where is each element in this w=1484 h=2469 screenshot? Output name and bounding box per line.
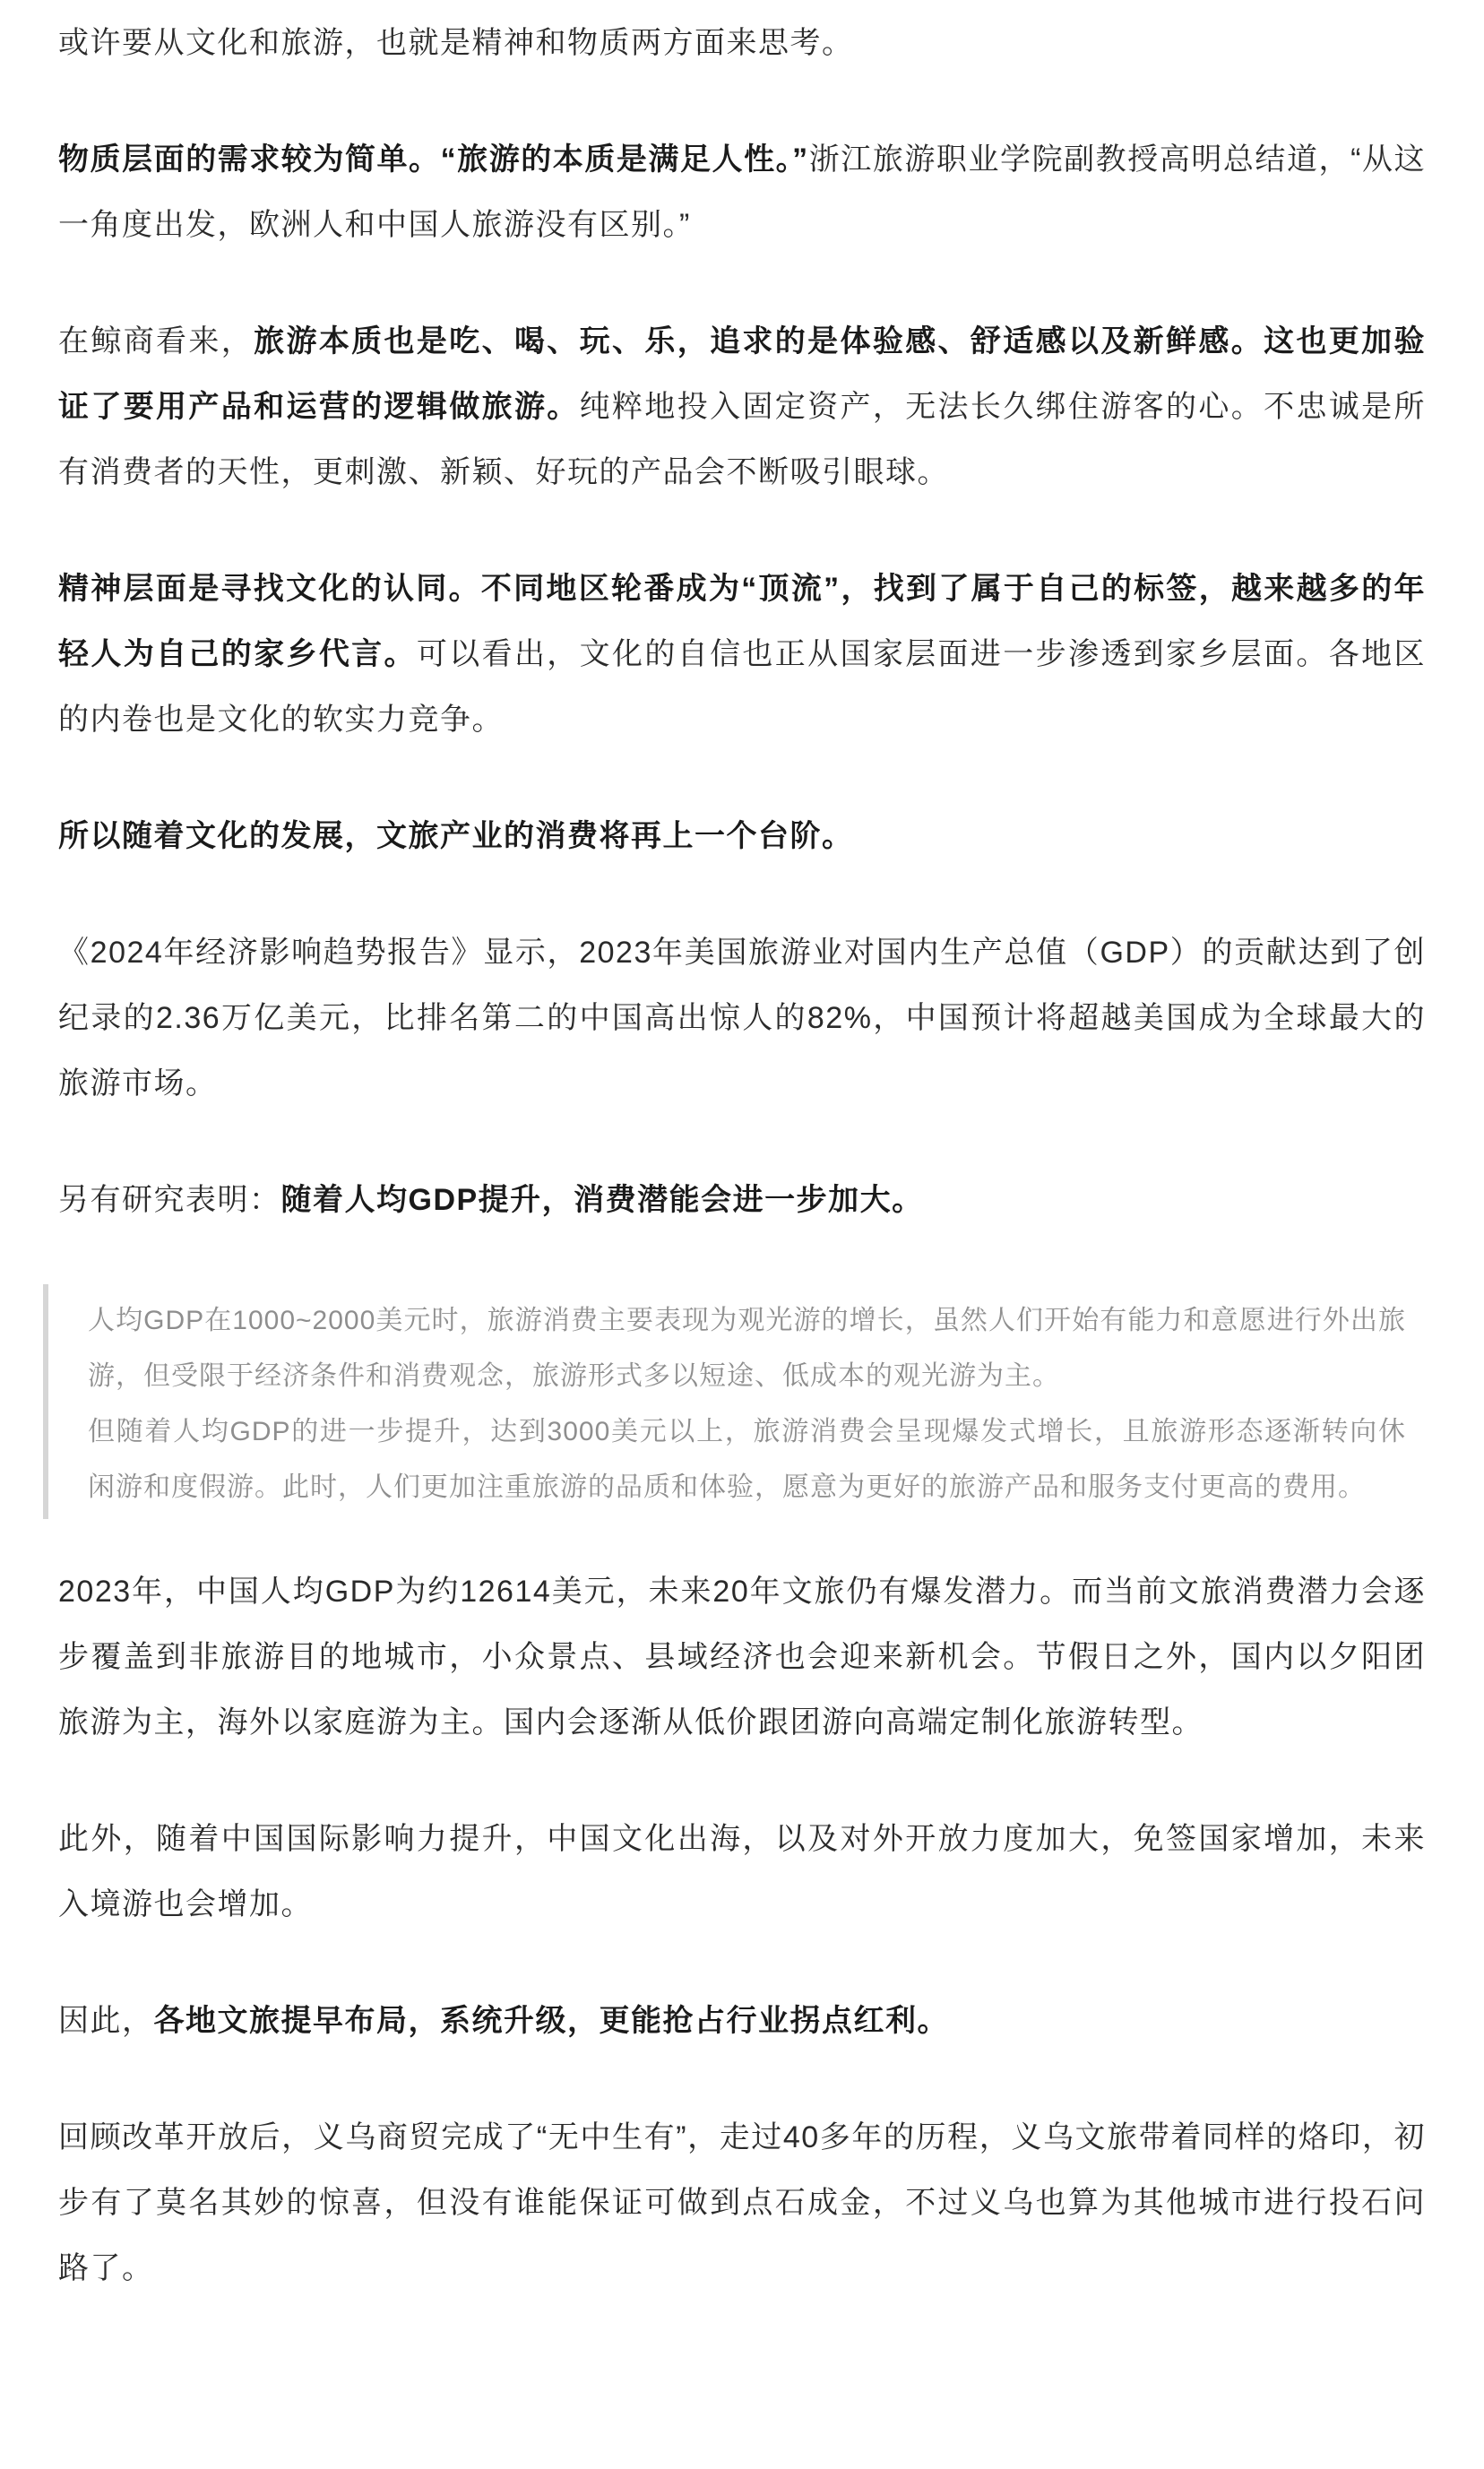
blockquote: 人均GDP在1000~2000美元时，旅游消费主要表现为观光游的增长，虽然人们开… — [43, 1284, 1426, 1519]
text-run: 此外，随着中国国际影响力提升，中国文化出海，以及对外开放力度加大，免签国家增加，… — [58, 1822, 1426, 1921]
text-run: 因此， — [58, 2004, 154, 2038]
bold-run: 物质层面的需求较为简单。“旅游的本质是满足人性。” — [58, 142, 809, 177]
paragraph-7: 另有研究表明：随着人均GDP提升，消费潜能会进一步加大。 — [58, 1168, 1426, 1233]
article: 或许要从文化和旅游，也就是精神和物质两方面来思考。 物质层面的需求较为简单。“旅… — [0, 0, 1484, 2355]
text-run: 但随着人均GDP的进一步提升，达到3000美元以上，旅游消费会呈现爆发式增长，且… — [88, 1417, 1406, 1502]
paragraph-9: 此外，随着中国国际影响力提升，中国文化出海，以及对外开放力度加大，免签国家增加，… — [58, 1807, 1426, 1938]
bold-run: 随着人均GDP提升，消费潜能会进一步加大。 — [281, 1183, 924, 1217]
paragraph-8: 2023年，中国人均GDP为约12614美元，未来20年文旅仍有爆发潜力。而当前… — [58, 1559, 1426, 1756]
text-run: 《2024年经济影响趋势报告》显示，2023年美国旅游业对国内生产总值（GDP）… — [58, 936, 1426, 1101]
quote-paragraph-1: 人均GDP在1000~2000美元时，旅游消费主要表现为观光游的增长，虽然人们开… — [88, 1293, 1406, 1404]
bold-run: 所以随着文化的发展，文旅产业的消费将再上一个台阶。 — [58, 819, 854, 853]
text-run: 2023年，中国人均GDP为约12614美元，未来20年文旅仍有爆发潜力。而当前… — [58, 1575, 1426, 1740]
quote-paragraph-2: 但随着人均GDP的进一步提升，达到3000美元以上，旅游消费会呈现爆发式增长，且… — [88, 1404, 1406, 1515]
text-run: 人均GDP在1000~2000美元时，旅游消费主要表现为观光游的增长，虽然人们开… — [88, 1306, 1406, 1391]
paragraph-6: 《2024年经济影响趋势报告》显示，2023年美国旅游业对国内生产总值（GDP）… — [58, 920, 1426, 1117]
bold-run: 各地文旅提早布局，系统升级，更能抢占行业拐点红利。 — [154, 2004, 950, 2038]
paragraph-5: 所以随着文化的发展，文旅产业的消费将再上一个台阶。 — [58, 804, 1426, 869]
paragraph-4: 精神层面是寻找文化的认同。不同地区轮番成为“顶流”，找到了属于自己的标签，越来越… — [58, 557, 1426, 753]
paragraph-10: 因此，各地文旅提早布局，系统升级，更能抢占行业拐点红利。 — [58, 1989, 1426, 2054]
paragraph-1: 或许要从文化和旅游，也就是精神和物质两方面来思考。 — [58, 11, 1426, 76]
text-run: 另有研究表明： — [58, 1183, 281, 1217]
text-run: 在鲸商看来， — [58, 324, 254, 358]
paragraph-11: 回顾改革开放后，义乌商贸完成了“无中生有”，走过40多年的历程，义乌文旅带着同样… — [58, 2105, 1426, 2301]
text-run: 或许要从文化和旅游，也就是精神和物质两方面来思考。 — [58, 26, 854, 60]
paragraph-2: 物质层面的需求较为简单。“旅游的本质是满足人性。”浙江旅游职业学院副教授高明总结… — [58, 127, 1426, 258]
text-run: 回顾改革开放后，义乌商贸完成了“无中生有”，走过40多年的历程，义乌文旅带着同样… — [58, 2120, 1426, 2285]
paragraph-3: 在鲸商看来，旅游本质也是吃、喝、玩、乐，追求的是体验感、舒适感以及新鲜感。这也更… — [58, 309, 1426, 505]
